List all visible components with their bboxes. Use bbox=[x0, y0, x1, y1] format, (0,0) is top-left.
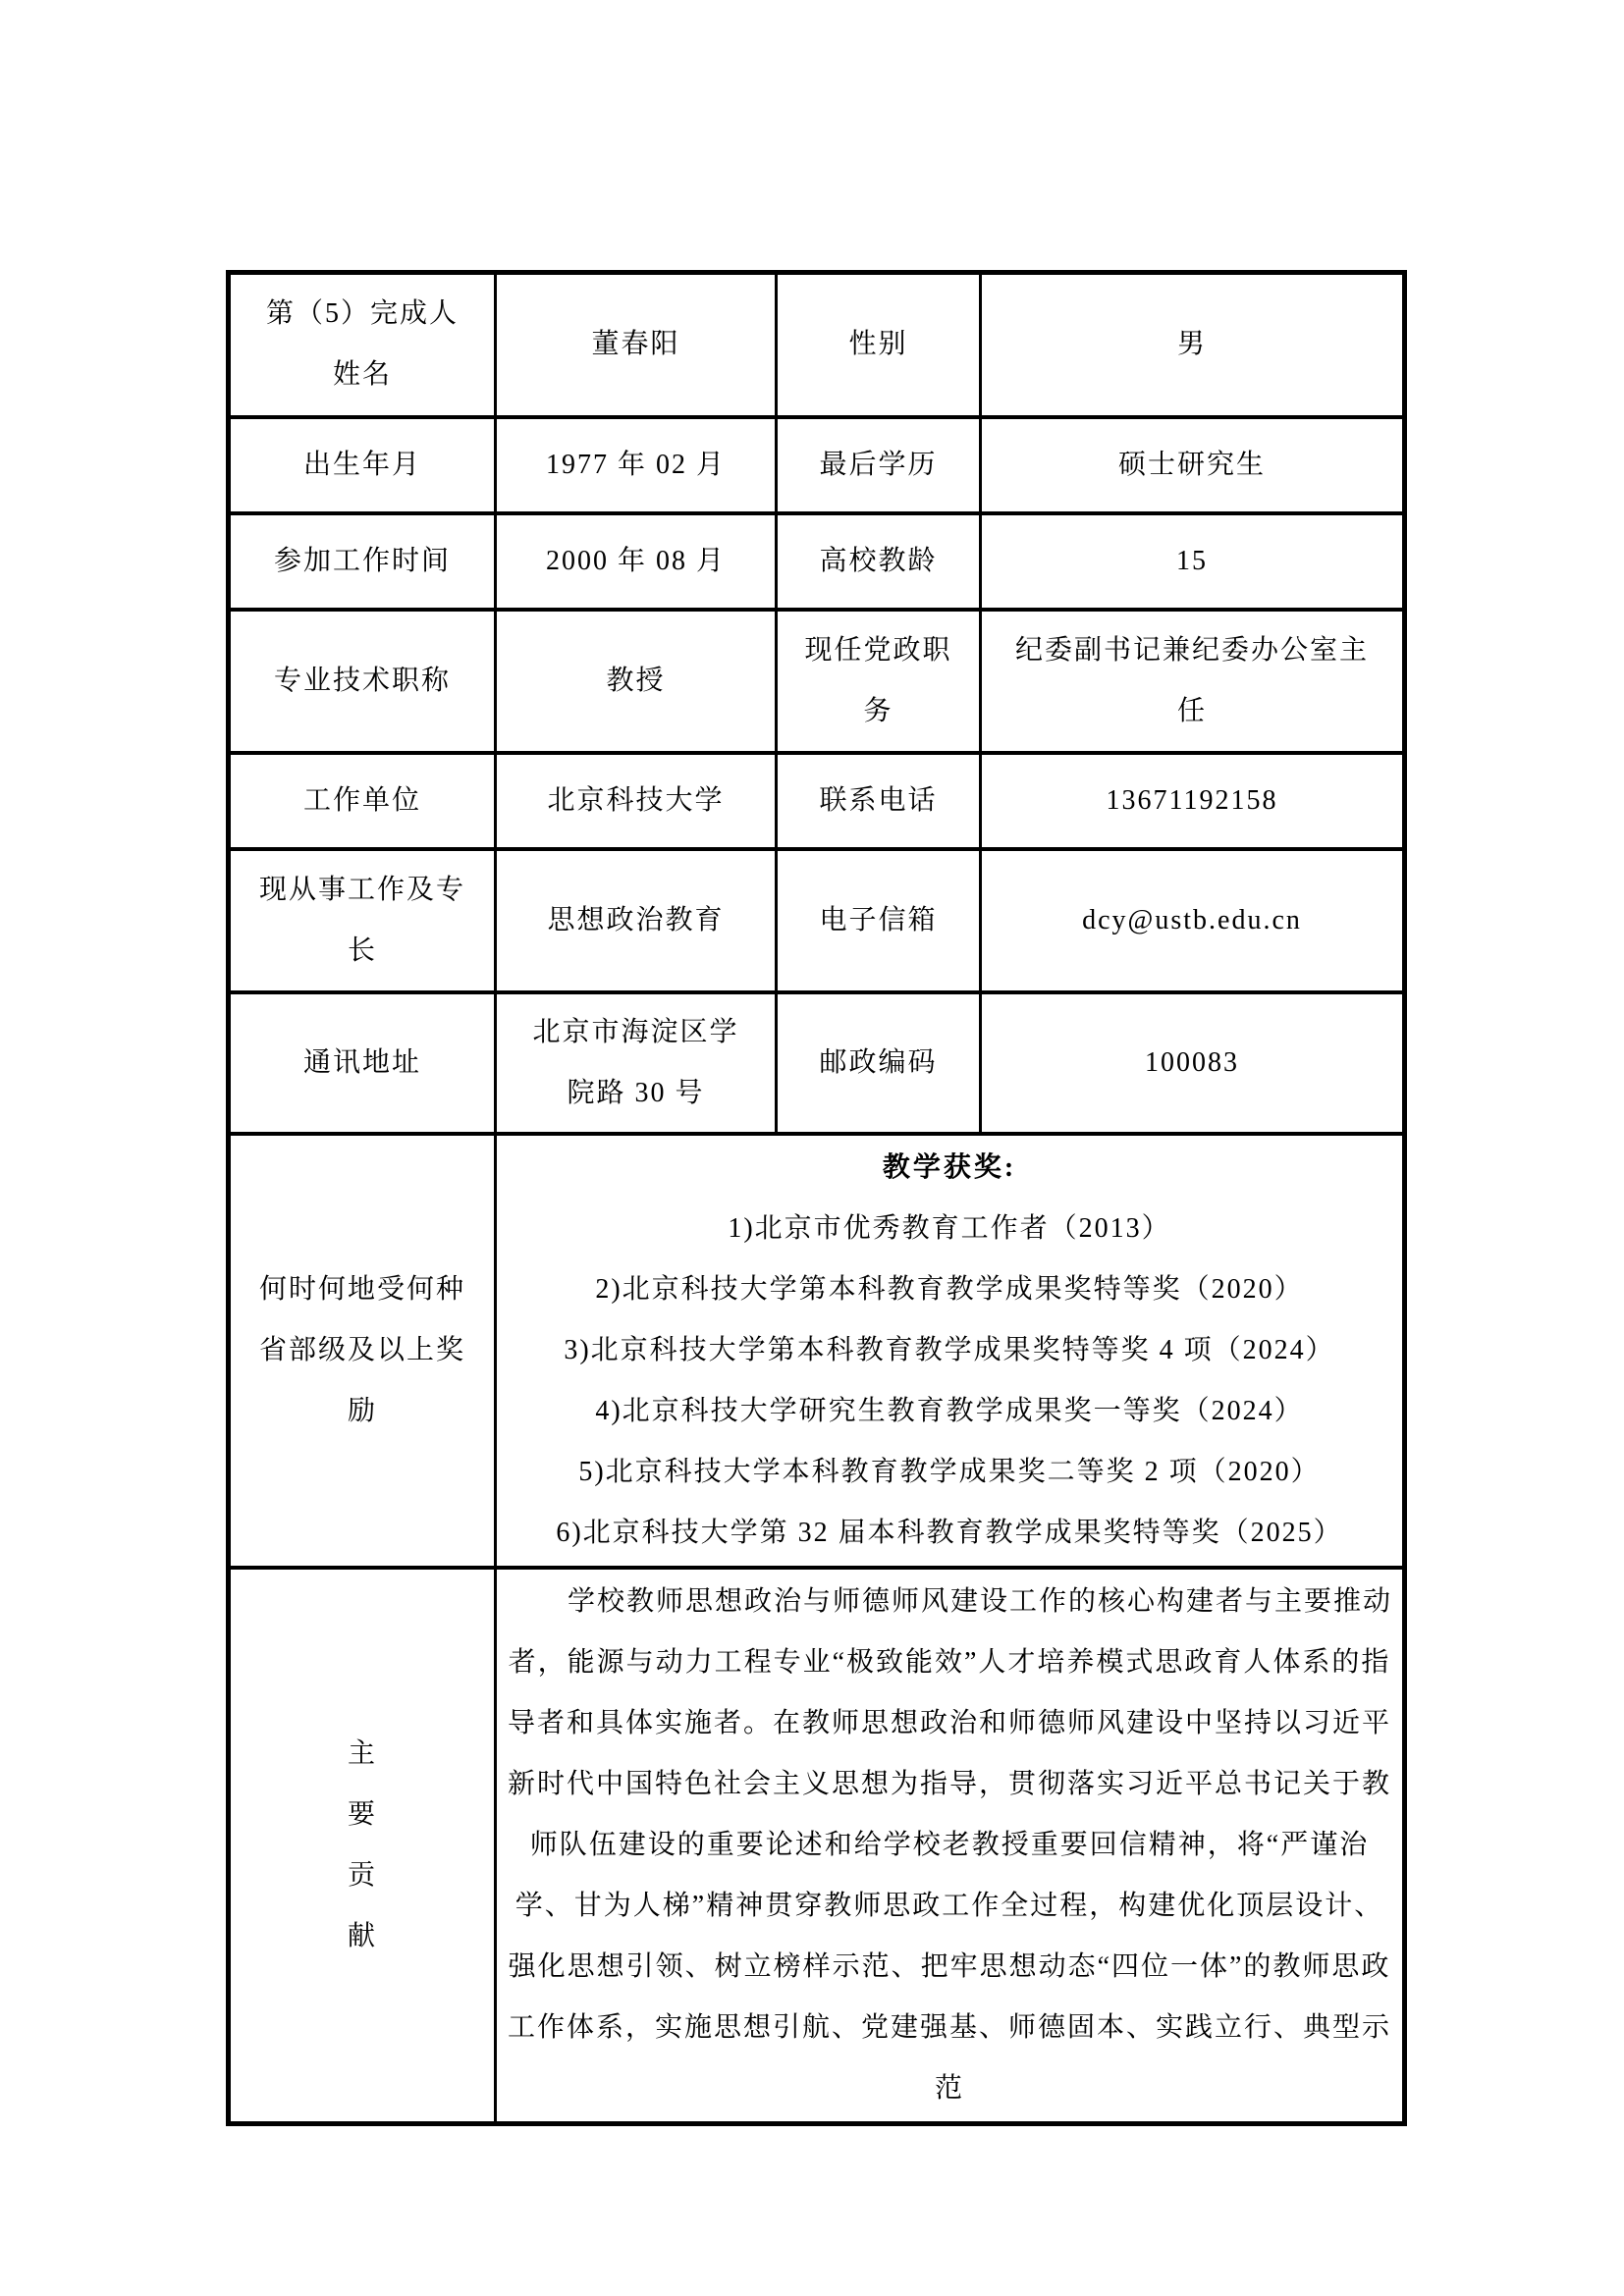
completer-name-label: 第（5）完成人 姓名 bbox=[266, 298, 459, 390]
address-value-cell: 北京市海淀区学 院路 30 号 bbox=[496, 992, 777, 1134]
postcode-value-cell: 100083 bbox=[981, 992, 1405, 1134]
postcode-label: 邮政编码 bbox=[819, 1047, 937, 1078]
personnel-form-table: 第（5）完成人 姓名 董春阳 性别 男 出生年月 1977 年 02 月 最后学… bbox=[226, 270, 1407, 2126]
teaching-age-value: 15 bbox=[1176, 546, 1208, 576]
party-position-label: 现任党政职 务 bbox=[804, 635, 951, 726]
awards-heading: 教学获奖: bbox=[505, 1138, 1394, 1199]
completer-name-label-cell: 第（5）完成人 姓名 bbox=[229, 273, 496, 417]
contribution-label: 主 要 贡 献 bbox=[348, 1738, 377, 1951]
party-position-label-cell: 现任党政职 务 bbox=[777, 610, 981, 753]
completer-name-value-cell: 董春阳 bbox=[496, 273, 777, 417]
phone-value-cell: 13671192158 bbox=[981, 753, 1405, 849]
award-item: 3)北京科技大学第本科教育教学成果奖特等奖 4 项（2024） bbox=[505, 1320, 1394, 1381]
current-work-label-cell: 现从事工作及专 长 bbox=[229, 849, 496, 992]
contribution-label-cell: 主 要 贡 献 bbox=[229, 1568, 496, 2124]
contribution-paragraph: 学校教师思想政治与师德师风建设工作的核心构建者与主要推动者，能源与动力工程专业“… bbox=[505, 1572, 1394, 2119]
work-start-label-cell: 参加工作时间 bbox=[229, 513, 496, 610]
degree-value-cell: 硕士研究生 bbox=[981, 417, 1405, 513]
contribution-row: 主 要 贡 献 学校教师思想政治与师德师风建设工作的核心构建者与主要推动者，能源… bbox=[229, 1568, 1405, 2124]
completer-name-value: 董春阳 bbox=[591, 329, 679, 359]
work-start-label: 参加工作时间 bbox=[274, 546, 451, 576]
employer-label-cell: 工作单位 bbox=[229, 753, 496, 849]
phone-value: 13671192158 bbox=[1107, 785, 1278, 816]
email-label: 电子信箱 bbox=[819, 905, 937, 935]
gender-value: 男 bbox=[1177, 329, 1207, 359]
awards-label-cell: 何时何地受何种 省部级及以上奖 励 bbox=[229, 1134, 496, 1568]
teaching-age-label-cell: 高校教龄 bbox=[777, 513, 981, 610]
party-position-value-cell: 纪委副书记兼纪委办公室主 任 bbox=[981, 610, 1405, 753]
gender-label: 性别 bbox=[848, 329, 907, 359]
phone-label-cell: 联系电话 bbox=[777, 753, 981, 849]
degree-value: 硕士研究生 bbox=[1118, 450, 1266, 480]
award-item: 6)北京科技大学第 32 届本科教育教学成果奖特等奖（2025） bbox=[505, 1503, 1394, 1564]
table-row: 专业技术职称 教授 现任党政职 务 纪委副书记兼纪委办公室主 任 bbox=[229, 610, 1405, 753]
award-item: 4)北京科技大学研究生教育教学成果奖一等奖（2024） bbox=[505, 1381, 1394, 1442]
email-label-cell: 电子信箱 bbox=[777, 849, 981, 992]
gender-value-cell: 男 bbox=[981, 273, 1405, 417]
contribution-content-cell: 学校教师思想政治与师德师风建设工作的核心构建者与主要推动者，能源与动力工程专业“… bbox=[496, 1568, 1405, 2124]
degree-label: 最后学历 bbox=[819, 450, 937, 480]
birthdate-label: 出生年月 bbox=[303, 450, 421, 480]
document-page: 第（5）完成人 姓名 董春阳 性别 男 出生年月 1977 年 02 月 最后学… bbox=[0, 0, 1624, 2296]
table-row: 现从事工作及专 长 思想政治教育 电子信箱 dcy@ustb.edu.cn bbox=[229, 849, 1405, 992]
postcode-value: 100083 bbox=[1145, 1047, 1239, 1078]
teaching-age-label: 高校教龄 bbox=[819, 546, 937, 576]
work-start-value: 2000 年 08 月 bbox=[546, 546, 726, 576]
gender-label-cell: 性别 bbox=[777, 273, 981, 417]
work-start-value-cell: 2000 年 08 月 bbox=[496, 513, 777, 610]
address-value: 北京市海淀区学 院路 30 号 bbox=[532, 1017, 738, 1108]
employer-value: 北京科技大学 bbox=[547, 785, 724, 816]
current-work-value-cell: 思想政治教育 bbox=[496, 849, 777, 992]
title-value: 教授 bbox=[606, 666, 665, 696]
current-work-label: 现从事工作及专 长 bbox=[259, 875, 465, 966]
current-work-value: 思想政治教育 bbox=[547, 905, 724, 935]
awards-content-cell: 教学获奖: 1)北京市优秀教育工作者（2013） 2)北京科技大学第本科教育教学… bbox=[496, 1134, 1405, 1568]
title-label: 专业技术职称 bbox=[274, 666, 451, 696]
award-item: 5)北京科技大学本科教育教学成果奖二等奖 2 项（2020） bbox=[505, 1442, 1394, 1503]
table-row: 第（5）完成人 姓名 董春阳 性别 男 bbox=[229, 273, 1405, 417]
address-label: 通讯地址 bbox=[303, 1047, 421, 1078]
teaching-age-value-cell: 15 bbox=[981, 513, 1405, 610]
table-row: 出生年月 1977 年 02 月 最后学历 硕士研究生 bbox=[229, 417, 1405, 513]
email-value-cell: dcy@ustb.edu.cn bbox=[981, 849, 1405, 992]
phone-label: 联系电话 bbox=[819, 785, 937, 816]
birthdate-value: 1977 年 02 月 bbox=[546, 450, 726, 480]
address-label-cell: 通讯地址 bbox=[229, 992, 496, 1134]
award-item: 2)北京科技大学第本科教育教学成果奖特等奖（2020） bbox=[505, 1259, 1394, 1320]
table-row: 工作单位 北京科技大学 联系电话 13671192158 bbox=[229, 753, 1405, 849]
awards-label: 何时何地受何种 省部级及以上奖 励 bbox=[259, 1274, 465, 1426]
degree-label-cell: 最后学历 bbox=[777, 417, 981, 513]
email-value: dcy@ustb.edu.cn bbox=[1082, 905, 1302, 935]
postcode-label-cell: 邮政编码 bbox=[777, 992, 981, 1134]
award-item: 1)北京市优秀教育工作者（2013） bbox=[505, 1199, 1394, 1259]
birthdate-value-cell: 1977 年 02 月 bbox=[496, 417, 777, 513]
title-label-cell: 专业技术职称 bbox=[229, 610, 496, 753]
employer-label: 工作单位 bbox=[303, 785, 421, 816]
awards-row: 何时何地受何种 省部级及以上奖 励 教学获奖: 1)北京市优秀教育工作者（201… bbox=[229, 1134, 1405, 1568]
table-row: 通讯地址 北京市海淀区学 院路 30 号 邮政编码 100083 bbox=[229, 992, 1405, 1134]
party-position-value: 纪委副书记兼纪委办公室主 任 bbox=[1015, 635, 1369, 726]
table-row: 参加工作时间 2000 年 08 月 高校教龄 15 bbox=[229, 513, 1405, 610]
employer-value-cell: 北京科技大学 bbox=[496, 753, 777, 849]
birthdate-label-cell: 出生年月 bbox=[229, 417, 496, 513]
title-value-cell: 教授 bbox=[496, 610, 777, 753]
